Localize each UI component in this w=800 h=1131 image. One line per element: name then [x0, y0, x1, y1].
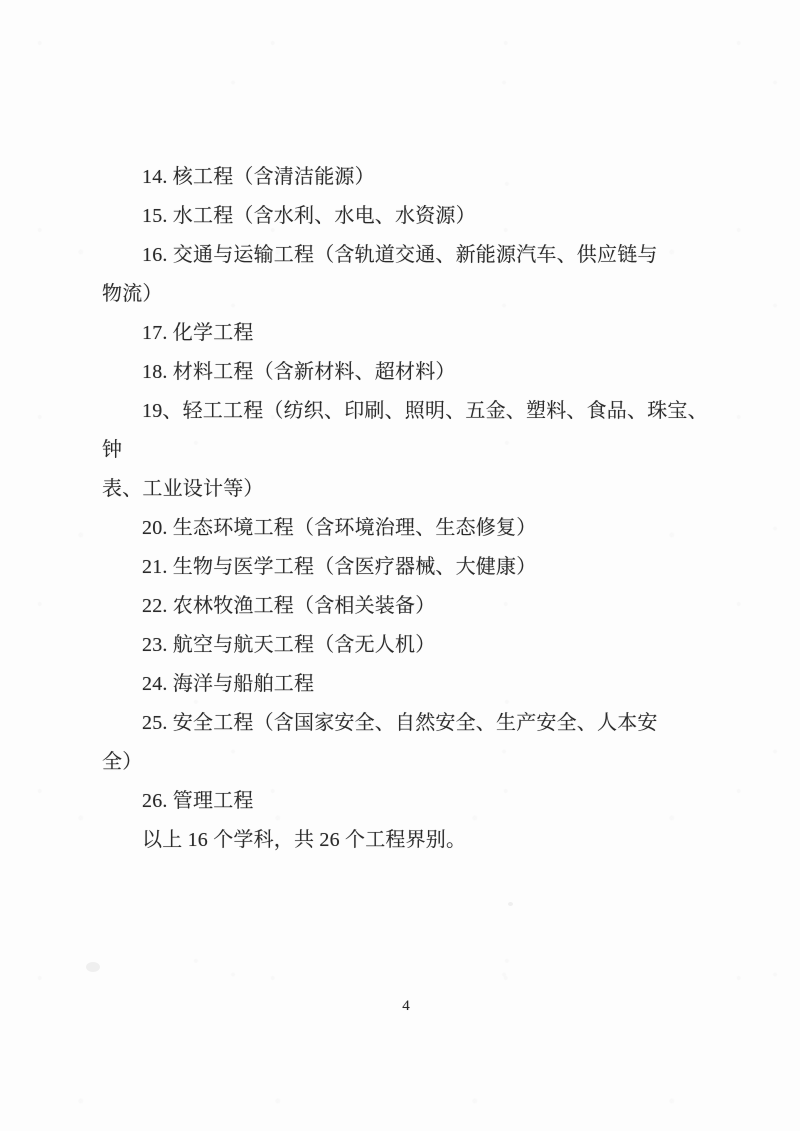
list-item-15: 15. 水工程（含水利、水电、水资源）	[102, 197, 722, 236]
list-item-23: 23. 航空与航天工程（含无人机）	[102, 626, 722, 665]
document-body: 14. 核工程（含清洁能源） 15. 水工程（含水利、水电、水资源） 16. 交…	[102, 158, 722, 860]
list-item-21: 21. 生物与医学工程（含医疗器械、大健康）	[102, 548, 722, 587]
list-item-20: 20. 生态环境工程（含环境治理、生态修复）	[102, 509, 722, 548]
list-item-25: 25. 安全工程（含国家安全、自然安全、生产安全、人本安 全）	[102, 704, 722, 782]
list-item-14: 14. 核工程（含清洁能源）	[102, 158, 722, 197]
document-page: 14. 核工程（含清洁能源） 15. 水工程（含水利、水电、水资源） 16. 交…	[0, 0, 800, 1131]
page-number: 4	[402, 998, 410, 1014]
summary-line: 以上 16 个学科，共 26 个工程界别。	[102, 821, 722, 860]
scan-smudge	[86, 962, 100, 972]
list-item-26: 26. 管理工程	[102, 782, 722, 821]
list-item-18: 18. 材料工程（含新材料、超材料）	[102, 353, 722, 392]
scan-smudge	[508, 902, 513, 906]
page-footer: 4	[0, 997, 800, 1015]
list-item-19: 19、轻工工程（纺织、印刷、照明、五金、塑料、食品、珠宝、钟 表、工业设计等）	[102, 392, 722, 509]
list-item-22: 22. 农林牧渔工程（含相关装备）	[102, 587, 722, 626]
list-item-17: 17. 化学工程	[102, 314, 722, 353]
list-item-16: 16. 交通与运输工程（含轨道交通、新能源汽车、供应链与 物流）	[102, 236, 722, 314]
list-item-24: 24. 海洋与船舶工程	[102, 665, 722, 704]
